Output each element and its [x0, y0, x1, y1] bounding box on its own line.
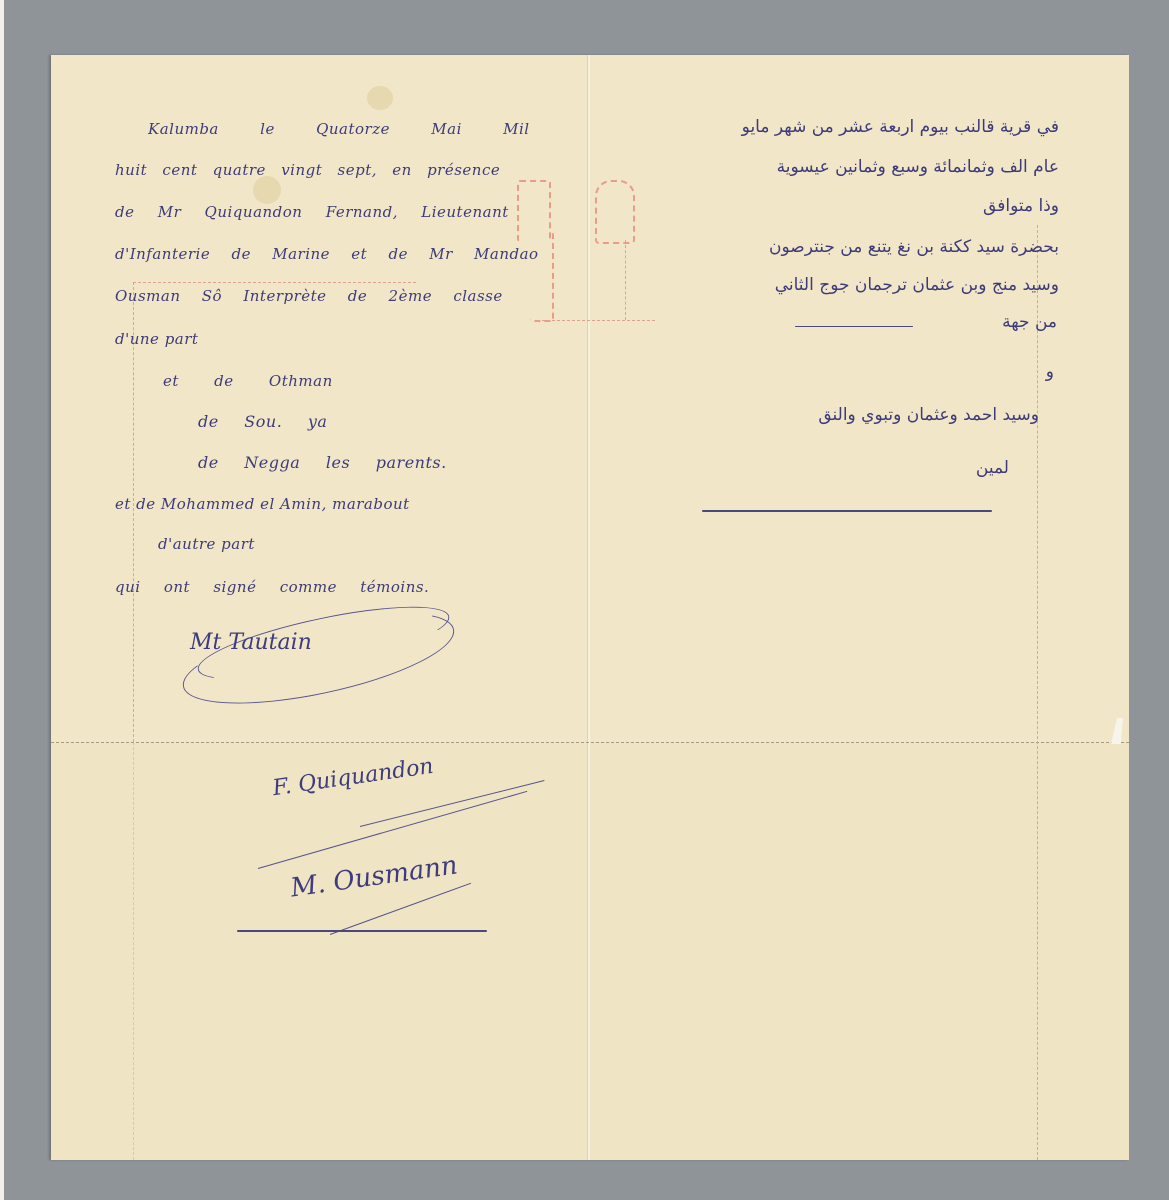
arabic-line-8: وسيد احمد وعثمان وتبوي والنق — [818, 405, 1039, 425]
french-line-12: qui ont signé comme témoins. — [115, 578, 429, 596]
stamp-digit-0 — [595, 180, 635, 244]
french-line-8: de Sou. ya — [198, 412, 327, 431]
arabic-line-2: عام الف وثمانمائة وسبع وثمانين عيسوية — [777, 157, 1059, 177]
stain — [367, 86, 393, 110]
arabic-line-6-stroke — [795, 326, 913, 327]
french-line-7: et de Othman — [163, 372, 333, 390]
stain — [253, 176, 281, 204]
arabic-line-3: وذا متوافق — [983, 196, 1059, 216]
french-line-5: Ousman Sô Interprète de 2ème classe — [115, 287, 503, 305]
horizontal-fold-line — [51, 742, 1129, 743]
red-margin-top — [133, 282, 416, 283]
french-line-4: d'Infanterie de Marine et de Mr Mandao — [115, 245, 539, 263]
signature-end-rule — [237, 930, 487, 932]
french-line-6: d'une part — [115, 330, 198, 348]
french-line-1: Kalumba le Quatorze Mai Mil — [148, 120, 530, 138]
french-line-9: de Negga les parents. — [198, 453, 447, 472]
right-red-margin — [1037, 225, 1038, 1160]
arabic-line-4: بحضرة سيد ككنة بن نغ يتنع من جنترصون — [769, 237, 1059, 257]
arabic-end-rule — [702, 510, 992, 512]
french-line-3: de Mr Quiquandon Fernand, Lieutenant — [115, 203, 509, 221]
arabic-line-9: لمين — [976, 458, 1009, 478]
stamp-base-line — [537, 320, 655, 321]
signature-1: Mt Tautain — [190, 630, 312, 655]
arabic-line-7: و — [1046, 362, 1054, 382]
french-line-2: huit cent quatre vingt sept, en présence — [115, 161, 500, 179]
arabic-line-1: في قرية قالنب بيوم اربعة عشر من شهر مايو — [742, 117, 1059, 137]
document-page-lower-half — [51, 742, 1129, 1160]
left-red-margin-lower — [133, 742, 134, 1160]
arabic-line-5: وسيد منج وبن عثمان ترجمان جوج الثاني — [775, 275, 1059, 295]
vertical-fold-line — [587, 55, 590, 1160]
stamp-digit-0-stem — [625, 240, 626, 320]
left-edge-strip — [0, 0, 4, 1200]
arabic-line-6: من جهة — [1002, 312, 1057, 332]
french-line-10: et de Mohammed el Amin, marabout — [115, 495, 410, 513]
french-line-11: d'autre part — [158, 535, 255, 553]
